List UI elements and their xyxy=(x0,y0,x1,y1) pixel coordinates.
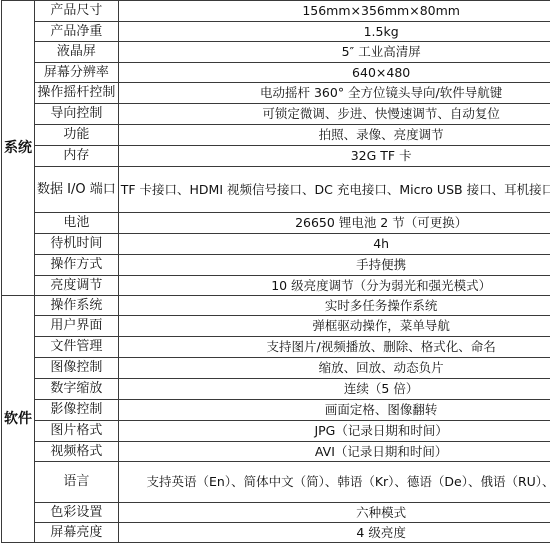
spec-table: 系统 产品尺寸 156mm×356mm×80mm 产品净重 1.5kg 液晶屏 … xyxy=(1,0,550,543)
spec-value: 32G TF 卡 xyxy=(118,146,550,167)
spec-value: 画面定格、图像翻转 xyxy=(118,400,550,421)
spec-value: 实时多任务操作系统 xyxy=(118,296,550,316)
table-row: 操作方式 手持便携 xyxy=(2,255,550,276)
table-row: 软件 操作系统 实时多任务操作系统 xyxy=(2,296,550,316)
spec-value: 支持图片/视频播放、删除、格式化、命名 xyxy=(118,337,550,358)
spec-value: 手持便携 xyxy=(118,255,550,276)
spec-name: 文件管理 xyxy=(35,337,119,358)
category-system: 系统 xyxy=(2,1,35,296)
table-row: 液晶屏 5″ 工业高清屏 xyxy=(2,42,550,63)
spec-name: 色彩设置 xyxy=(35,503,119,523)
spec-value: 156mm×356mm×80mm xyxy=(118,1,550,22)
spec-value: 六种模式 xyxy=(118,503,550,523)
spec-value: TF 卡接口、HDMI 视频信号接口、DC 充电接口、Micro USB 接口、… xyxy=(118,167,550,213)
spec-value: 电动摇杆 360° 全方位镜头导向/软件导航键 xyxy=(118,83,550,104)
table-row: 色彩设置 六种模式 xyxy=(2,503,550,523)
spec-name: 图片格式 xyxy=(35,421,119,442)
table-row: 视频格式 AVI（记录日期和时间） xyxy=(2,442,550,462)
spec-value: 1.5kg xyxy=(118,22,550,42)
spec-value: 缩放、回放、动态负片 xyxy=(118,358,550,379)
spec-name: 视频格式 xyxy=(35,442,119,462)
spec-name: 产品尺寸 xyxy=(35,1,119,22)
category-software: 软件 xyxy=(2,296,35,543)
table-row: 图像控制 缩放、回放、动态负片 xyxy=(2,358,550,379)
spec-value: 640×480 xyxy=(118,63,550,83)
spec-value: 26650 锂电池 2 节（可更换） xyxy=(118,213,550,234)
table-row: 待机时间 4h xyxy=(2,234,550,255)
table-row: 屏幕亮度 4 级亮度 xyxy=(2,523,550,543)
table-row: 数字缩放 连续（5 倍） xyxy=(2,379,550,400)
spec-name: 操作摇杆控制 xyxy=(35,83,119,104)
table-row: 屏幕分辨率 640×480 xyxy=(2,63,550,83)
table-row: 用户界面 弹框驱动操作，菜单导航 xyxy=(2,316,550,337)
spec-value: 5″ 工业高清屏 xyxy=(118,42,550,63)
spec-name: 数据 I/O 端口 xyxy=(35,167,119,213)
table-row: 导向控制 可锁定微调、步进、快慢速调节、自动复位 xyxy=(2,104,550,125)
spec-name: 语言 xyxy=(35,462,119,503)
table-row: 数据 I/O 端口 TF 卡接口、HDMI 视频信号接口、DC 充电接口、Mic… xyxy=(2,167,550,213)
spec-value: 可锁定微调、步进、快慢速调节、自动复位 xyxy=(118,104,550,125)
table-row: 亮度调节 10 级亮度调节（分为弱光和强光模式） xyxy=(2,276,550,296)
spec-name: 待机时间 xyxy=(35,234,119,255)
table-row: 影像控制 画面定格、图像翻转 xyxy=(2,400,550,421)
spec-value: 4 级亮度 xyxy=(118,523,550,543)
spec-name: 屏幕亮度 xyxy=(35,523,119,543)
table-row: 文件管理 支持图片/视频播放、删除、格式化、命名 xyxy=(2,337,550,358)
spec-name: 用户界面 xyxy=(35,316,119,337)
spec-value: 连续（5 倍） xyxy=(118,379,550,400)
table-row: 产品净重 1.5kg xyxy=(2,22,550,42)
spec-name: 屏幕分辨率 xyxy=(35,63,119,83)
table-row: 电池 26650 锂电池 2 节（可更换） xyxy=(2,213,550,234)
spec-value: AVI（记录日期和时间） xyxy=(118,442,550,462)
spec-name: 产品净重 xyxy=(35,22,119,42)
spec-name: 操作系统 xyxy=(35,296,119,316)
spec-name: 内存 xyxy=(35,146,119,167)
spec-name: 功能 xyxy=(35,125,119,146)
spec-name: 操作方式 xyxy=(35,255,119,276)
spec-name: 液晶屏 xyxy=(35,42,119,63)
table-row: 图片格式 JPG（记录日期和时间） xyxy=(2,421,550,442)
spec-value: 10 级亮度调节（分为弱光和强光模式） xyxy=(118,276,550,296)
spec-name: 导向控制 xyxy=(35,104,119,125)
spec-name: 数字缩放 xyxy=(35,379,119,400)
spec-name: 亮度调节 xyxy=(35,276,119,296)
spec-value: 支持英语（En）、简体中文（简）、韩语（Kr）、德语（De）、俄语（RU）、日语… xyxy=(118,462,550,503)
spec-name: 图像控制 xyxy=(35,358,119,379)
spec-name: 影像控制 xyxy=(35,400,119,421)
table-row: 系统 产品尺寸 156mm×356mm×80mm xyxy=(2,1,550,22)
spec-value: 4h xyxy=(118,234,550,255)
table-row: 内存 32G TF 卡 xyxy=(2,146,550,167)
table-row: 功能 拍照、录像、亮度调节 xyxy=(2,125,550,146)
spec-value: JPG（记录日期和时间） xyxy=(118,421,550,442)
spec-value: 弹框驱动操作，菜单导航 xyxy=(118,316,550,337)
spec-value: 拍照、录像、亮度调节 xyxy=(118,125,550,146)
table-row: 语言 支持英语（En）、简体中文（简）、韩语（Kr）、德语（De）、俄语（RU）… xyxy=(2,462,550,503)
spec-name: 电池 xyxy=(35,213,119,234)
table-row: 操作摇杆控制 电动摇杆 360° 全方位镜头导向/软件导航键 xyxy=(2,83,550,104)
